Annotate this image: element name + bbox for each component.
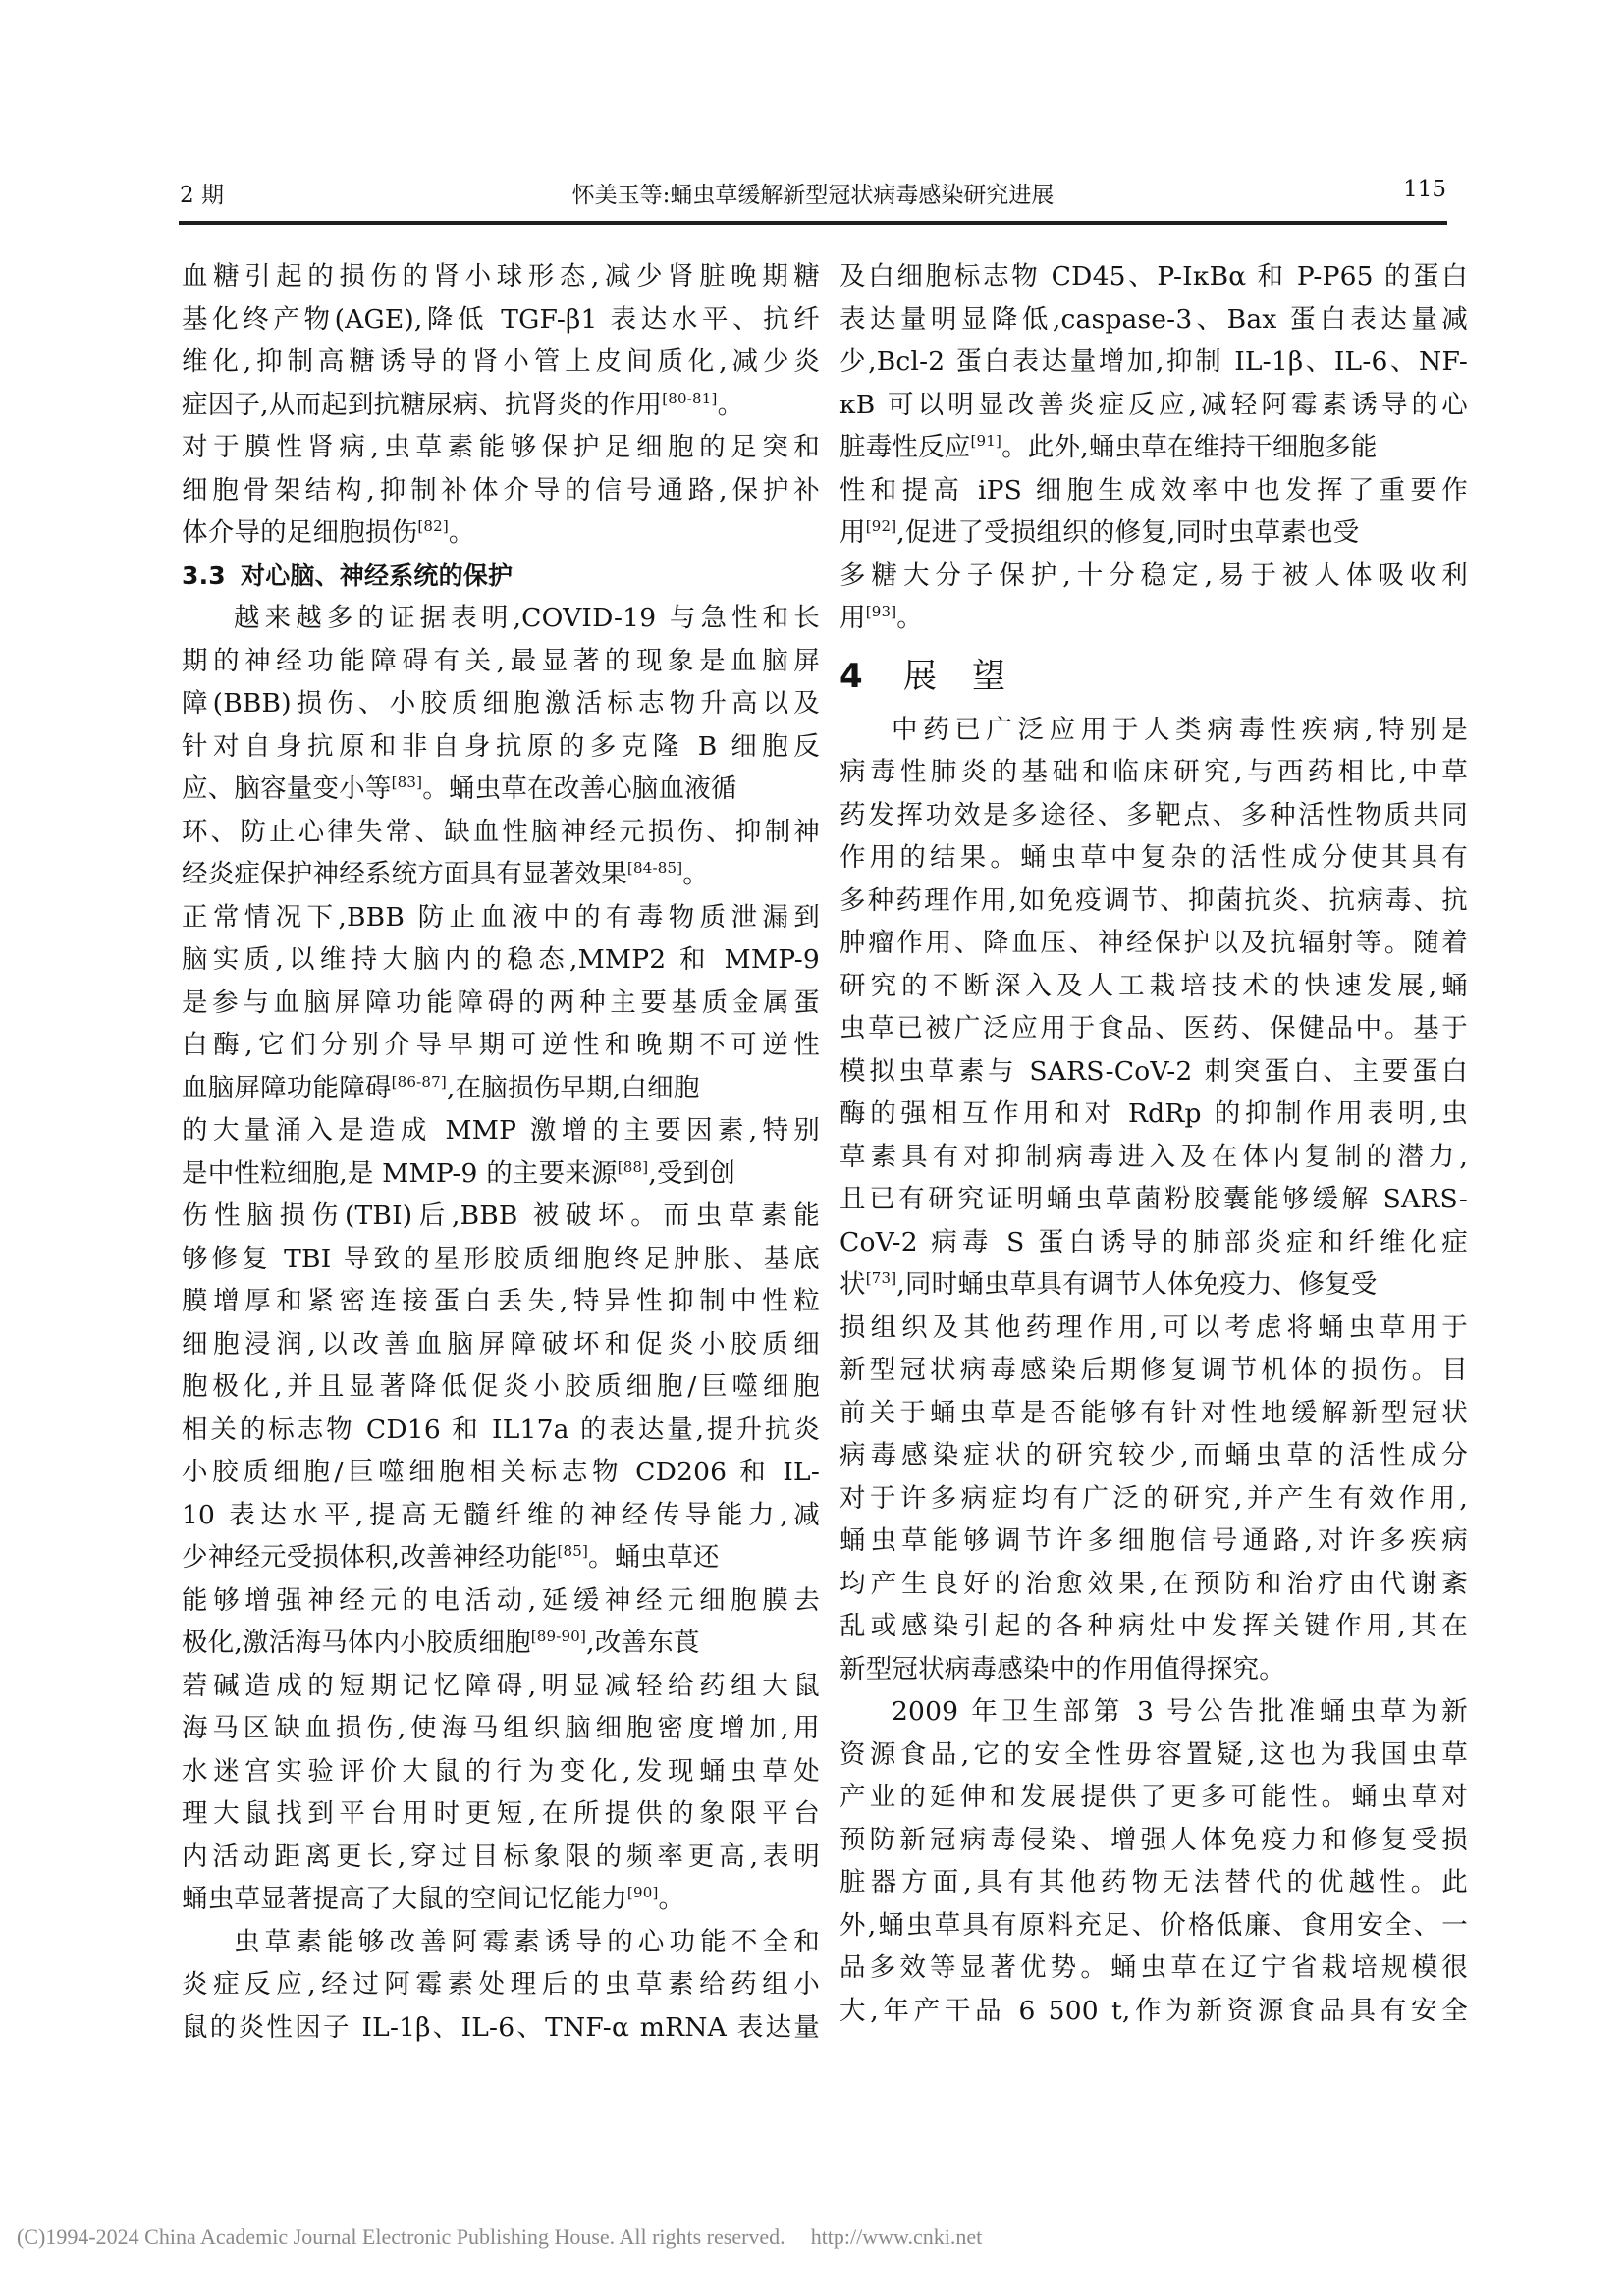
- page-number: 115: [1403, 177, 1446, 202]
- text-line: 障(BBB)损伤、小胶质细胞激活标志物升高以及: [182, 682, 820, 725]
- citation: [73]: [866, 1269, 897, 1287]
- citation: [82]: [417, 517, 449, 535]
- text-line: 病毒感染症状的研究较少,而蛹虫草的活性成分: [839, 1434, 1468, 1477]
- text-line: 菪碱造成的短期记忆障碍,明显减轻给药组大鼠: [182, 1665, 820, 1708]
- footer-url[interactable]: http://www.cnki.net: [811, 2224, 983, 2249]
- text-line: 期的神经功能障碍有关,最显著的现象是血脑屏: [182, 640, 820, 683]
- text-line: 表达量明显降低,caspase-3、Bax 蛋白表达量减: [839, 298, 1468, 342]
- text-line: 10 表达水平,提高无髓纤维的神经传导能力,减: [182, 1494, 820, 1537]
- running-header: 2 期 怀美玉等:蛹虫草缓解新型冠状病毒感染研究进展 115: [180, 177, 1446, 216]
- text-line: 应、脑容量变小等[83]。蛹虫草在改善心脑血液循: [182, 768, 820, 811]
- text-line: 病毒性肺炎的基础和临床研究,与西药相比,中草: [839, 751, 1468, 794]
- text-line: 及白细胞标志物 CD45、P-IκBα 和 P-P65 的蛋白: [839, 255, 1468, 298]
- text-line: 基化终产物(AGE),降低 TGF-β1 表达水平、抗纤: [182, 298, 820, 342]
- citation: [89-90]: [531, 1628, 586, 1645]
- text-line: 够修复 TBI 导致的星形胶质细胞终足肿胀、基底: [182, 1238, 820, 1281]
- copyright-text: (C)1994-2024 China Academic Journal Elec…: [17, 2224, 785, 2249]
- text-line: 资源食品,它的安全性毋容置疑,这也为我国虫草: [839, 1734, 1468, 1777]
- text-line: 大,年产干品 6 500 t,作为新资源食品具有安全: [839, 1990, 1468, 2033]
- text-line: 是参与血脑屏障功能障碍的两种主要基质金属蛋: [182, 982, 820, 1025]
- text-line: 越来越多的证据表明,COVID-19 与急性和长: [182, 597, 820, 640]
- text-line: 白酶,它们分别介导早期可逆性和晚期不可逆性: [182, 1024, 820, 1067]
- citation: [88]: [618, 1158, 649, 1176]
- running-title: 怀美玉等:蛹虫草缓解新型冠状病毒感染研究进展: [180, 177, 1446, 209]
- text-line: 对于许多病症均有广泛的研究,并产生有效作用,: [839, 1477, 1468, 1521]
- citation: [91]: [971, 432, 1002, 450]
- citation: [83]: [392, 774, 423, 791]
- text-line: 维化,抑制高糖诱导的肾小管上皮间质化,减少炎: [182, 341, 820, 384]
- text-line: CoV-2 病毒 S 蛋白诱导的肺部炎症和纤维化症: [839, 1221, 1468, 1264]
- text-line: 体介导的足细胞损伤[82]。: [182, 511, 820, 555]
- text-line: 环、防止心律失常、缺血性脑神经元损伤、抑制神: [182, 811, 820, 854]
- right-column: 及白细胞标志物 CD45、P-IκBα 和 P-P65 的蛋白 表达量明显降低,…: [839, 255, 1468, 2032]
- text-line: 细胞骨架结构,抑制补体介导的信号通路,保护补: [182, 469, 820, 512]
- section-heading-3-3: 3.3对心脑、神经系统的保护: [182, 555, 820, 598]
- text-line: 膜增厚和紧密连接蛋白丢失,特异性抑制中性粒: [182, 1280, 820, 1323]
- text-line: κB 可以明显改善炎症反应,减轻阿霉素诱导的心: [839, 384, 1468, 427]
- text-line: 相关的标志物 CD16 和 IL17a 的表达量,提升抗炎: [182, 1409, 820, 1452]
- text-line: 内活动距离更长,穿过目标象限的频率更高,表明: [182, 1836, 820, 1879]
- text-line: 草素具有对抑制病毒进入及在体内复制的潜力,: [839, 1136, 1468, 1179]
- text-line: 状[73],同时蛹虫草具有调节人体免疫力、修复受: [839, 1263, 1468, 1307]
- text-line: 中药已广泛应用于人类病毒性疾病,特别是: [839, 709, 1468, 752]
- text-line: 少,Bcl-2 蛋白表达量增加,抑制 IL-1β、IL-6、NF-: [839, 341, 1468, 384]
- text-line: 蛹虫草显著提高了大鼠的空间记忆能力[90]。: [182, 1878, 820, 1921]
- text-line: 外,蛹虫草具有原料充足、价格低廉、食用安全、一: [839, 1904, 1468, 1948]
- text-line: 酶的强相互作用和对 RdRp 的抑制作用表明,虫: [839, 1093, 1468, 1136]
- citation: [85]: [557, 1542, 588, 1560]
- text-line: 前关于蛹虫草是否能够有针对性地缓解新型冠状: [839, 1392, 1468, 1435]
- citation: [90]: [627, 1884, 659, 1901]
- citation: [92]: [866, 517, 897, 535]
- text-line: 脏器方面,具有其他药物无法替代的优越性。此: [839, 1861, 1468, 1904]
- section-heading-4: 4展望: [839, 648, 1468, 709]
- header-rule: [179, 221, 1447, 225]
- text-line: 蛹虫草能够调节许多细胞信号通路,对许多疾病: [839, 1520, 1468, 1563]
- text-line: 海马区缺血损伤,使海马组织脑细胞密度增加,用: [182, 1707, 820, 1750]
- text-line: 鼠的炎性因子 IL-1β、IL-6、TNF-α mRNA 表达量: [182, 2006, 820, 2050]
- text-line: 研究的不断深入及人工栽培技术的快速发展,蛹: [839, 965, 1468, 1008]
- text-line: 能够增强神经元的电活动,延缓神经元细胞膜去: [182, 1579, 820, 1623]
- text-line: 理大鼠找到平台用时更短,在所提供的象限平台: [182, 1792, 820, 1836]
- text-line: 伤性脑损伤(TBI)后,BBB 被破坏。而虫草素能: [182, 1195, 820, 1238]
- text-line: 用[93]。: [839, 597, 1468, 640]
- text-line: 正常情况下,BBB 防止血液中的有毒物质泄漏到: [182, 896, 820, 939]
- text-line: 品多效等显著优势。蛹虫草在辽宁省栽培规模很: [839, 1947, 1468, 1990]
- text-line: 对于膜性肾病,虫草素能够保护足细胞的足突和: [182, 426, 820, 469]
- text-line: 脏毒性反应[91]。此外,蛹虫草在维持干细胞多能: [839, 426, 1468, 469]
- text-line: 用[92],促进了受损组织的修复,同时虫草素也受: [839, 511, 1468, 555]
- text-line: 少神经元受损体积,改善神经功能[85]。蛹虫草还: [182, 1536, 820, 1579]
- text-line: 多糖大分子保护,十分稳定,易于被人体吸收利: [839, 555, 1468, 598]
- text-line: 损组织及其他药理作用,可以考虑将蛹虫草用于: [839, 1307, 1468, 1350]
- text-line: 血脑屏障功能障碍[86-87],在脑损伤早期,白细胞: [182, 1067, 820, 1110]
- text-line: 针对自身抗原和非自身抗原的多克隆 B 细胞反: [182, 725, 820, 769]
- text-line: 作用的结果。蛹虫草中复杂的活性成分使其具有: [839, 836, 1468, 880]
- text-line: 2009 年卫生部第 3 号公告批准蛹虫草为新: [839, 1690, 1468, 1734]
- text-line: 的大量涌入是造成 MMP 激增的主要因素,特别: [182, 1109, 820, 1152]
- text-line: 是中性粒细胞,是 MMP-9 的主要来源[88],受到创: [182, 1152, 820, 1196]
- text-line: 虫草素能够改善阿霉素诱导的心功能不全和: [182, 1921, 820, 1964]
- text-line: 预防新冠病毒侵染、增强人体免疫力和修复受损: [839, 1819, 1468, 1862]
- text-line: 药发挥功效是多途径、多靶点、多种活性物质共同: [839, 794, 1468, 837]
- text-line: 虫草已被广泛应用于食品、医药、保健品中。基于: [839, 1007, 1468, 1050]
- text-line: 新型冠状病毒感染中的作用值得探究。: [839, 1648, 1468, 1691]
- text-line: 经炎症保护神经系统方面具有显著效果[84-85]。: [182, 853, 820, 896]
- text-line: 极化,激活海马体内小胶质细胞[89-90],改善东莨: [182, 1622, 820, 1665]
- text-line: 细胞浸润,以改善血脑屏障破坏和促炎小胶质细: [182, 1323, 820, 1366]
- text-line: 水迷宫实验评价大鼠的行为变化,发现蛹虫草处: [182, 1750, 820, 1793]
- text-line: 产业的延伸和发展提供了更多可能性。蛹虫草对: [839, 1776, 1468, 1819]
- text-line: 新型冠状病毒感染后期修复调节机体的损伤。目: [839, 1349, 1468, 1392]
- text-line: 性和提高 iPS 细胞生成效率中也发挥了重要作: [839, 469, 1468, 512]
- text-line: 炎症反应,经过阿霉素处理后的虫草素给药组小: [182, 1963, 820, 2006]
- text-line: 小胶质细胞/巨噬细胞相关标志物 CD206 和 IL-: [182, 1451, 820, 1494]
- citation: [93]: [866, 603, 897, 620]
- citation: [86-87]: [392, 1073, 447, 1091]
- copyright-footer: (C)1994-2024 China Academic Journal Elec…: [17, 2224, 982, 2250]
- text-line: 血糖引起的损伤的肾小球形态,减少肾脏晚期糖: [182, 255, 820, 298]
- citation: [84-85]: [627, 859, 682, 877]
- text-line: 乱或感染引起的各种病灶中发挥关键作用,其在: [839, 1605, 1468, 1648]
- text-line: 均产生良好的治愈效果,在预防和治疗由代谢紊: [839, 1563, 1468, 1606]
- text-line: 模拟虫草素与 SARS-CoV-2 刺突蛋白、主要蛋白: [839, 1050, 1468, 1094]
- citation: [80-81]: [662, 390, 717, 407]
- text-line: 脑实质,以维持大脑内的稳态,MMP2 和 MMP-9: [182, 938, 820, 982]
- text-line: 胞极化,并且显著降低促炎小胶质细胞/巨噬细胞: [182, 1365, 820, 1409]
- text-line: 症因子,从而起到抗糖尿病、抗肾炎的作用[80-81]。: [182, 384, 820, 427]
- left-column: 血糖引起的损伤的肾小球形态,减少肾脏晚期糖 基化终产物(AGE),降低 TGF-…: [182, 255, 820, 2049]
- text-line: 肿瘤作用、降血压、神经保护以及抗辐射等。随着: [839, 922, 1468, 965]
- text-line: 多种药理作用,如免疫调节、抑菌抗炎、抗病毒、抗: [839, 880, 1468, 923]
- text-line: 且已有研究证明蛹虫草菌粉胶囊能够缓解 SARS-: [839, 1178, 1468, 1221]
